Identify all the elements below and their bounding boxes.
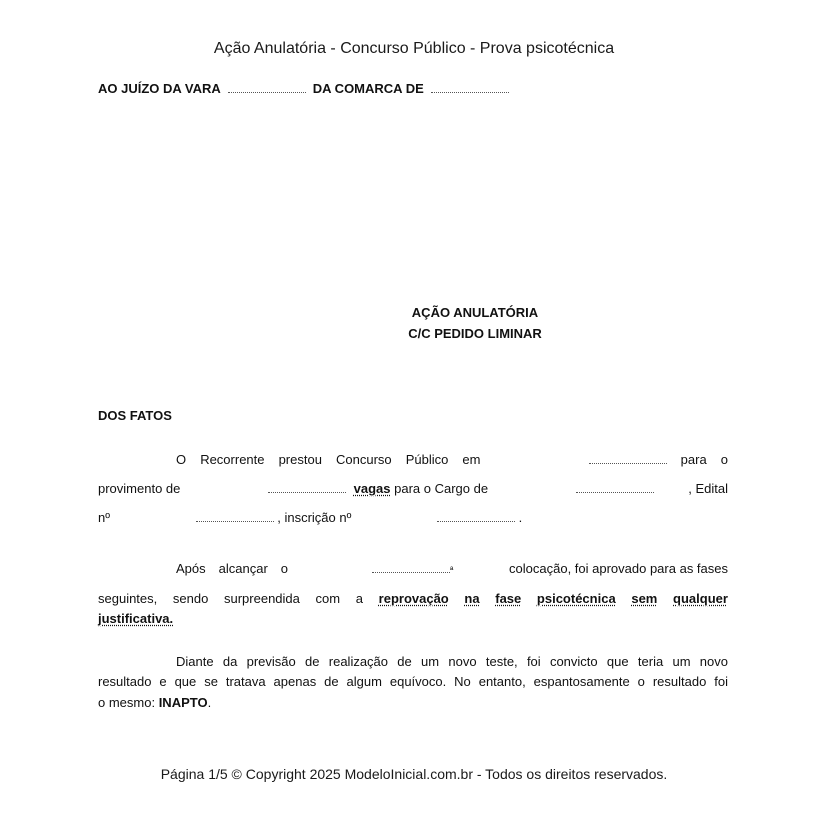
paragraph-1-line-3: nº , inscrição nº . [98,510,522,525]
text: o [281,561,288,576]
text: para o Cargo de [394,481,488,496]
text: Público [406,452,449,467]
text: surpreendida [224,591,300,606]
paragraph-3-line-2: resultado e que se tratava apenas de alg… [98,674,728,689]
blank-field-colocacao [372,562,450,573]
text: provimento de [98,481,180,496]
paragraph-2-line-3: justificativa. [98,611,173,626]
text: em [462,452,480,467]
text: , inscrição nº [277,510,351,525]
addressee-comarca: DA COMARCA DE [313,81,424,96]
highlighted-text: sem [631,591,657,606]
blank-field-date [589,453,667,464]
paragraph-1-line-2: provimento de vagas para o Cargo de , Ed… [98,481,728,496]
blank-field-inscricao [437,511,515,522]
page-header: Ação Anulatória - Concurso Público - Pro… [0,40,828,58]
text: O [176,452,186,467]
text: seguintes, [98,591,157,606]
text: Após [176,561,206,576]
paragraph-1-line-1: O Recorrente prestou Concurso Público em… [98,452,728,467]
highlighted-text: qualquer [673,591,728,606]
text: com [316,591,341,606]
paragraph-2-line-1: Após alcançar o ª colocação, foi aprovad… [176,561,728,576]
text: Recorrente [200,452,264,467]
paragraph-2-line-2: seguintes, sendo surpreendida com a repr… [98,591,728,606]
blank-field-comarca [431,82,509,93]
text: alcançar [219,561,268,576]
text: o mesmo: [98,695,159,710]
addressee-line: AO JUÍZO DA VARA DA COMARCA DE [98,81,509,96]
paragraph-3-line-3: o mesmo: INAPTO. [98,695,211,710]
blank-field-vagas [268,482,346,493]
title-line-2: C/C PEDIDO LIMINAR [330,323,620,344]
highlighted-text: reprovação [379,591,449,606]
text: . [519,510,523,525]
highlighted-text: justificativa. [98,611,173,626]
addressee-court: AO JUÍZO DA VARA [98,81,220,96]
paragraph-3-line-1: Diante da previsão de realização de um n… [176,654,728,669]
text: prestou [279,452,322,467]
text: , Edital [688,481,728,496]
ordinal-indicator: ª [450,565,453,575]
vagas-text: vagas [354,481,391,496]
blank-field-edital [196,511,274,522]
text: sendo [173,591,208,606]
highlighted-text: fase [495,591,521,606]
text: o [721,452,728,467]
result-text: INAPTO [159,695,208,710]
text: Concurso [336,452,392,467]
highlighted-text: na [464,591,479,606]
blank-field-cargo [576,482,654,493]
blank-field-vara [228,82,306,93]
highlighted-text: psicotécnica [537,591,616,606]
text: colocação, foi aprovado para as fases [509,561,728,576]
title-line-1: AÇÃO ANULATÓRIA [330,302,620,323]
text: a [356,591,363,606]
section-title: DOS FATOS [98,408,172,423]
text: para [681,452,707,467]
text: nº [98,510,110,525]
text: . [208,695,212,710]
page-footer: Página 1/5 © Copyright 2025 ModeloInicia… [0,766,828,782]
document-title: AÇÃO ANULATÓRIA C/C PEDIDO LIMINAR [330,302,620,344]
